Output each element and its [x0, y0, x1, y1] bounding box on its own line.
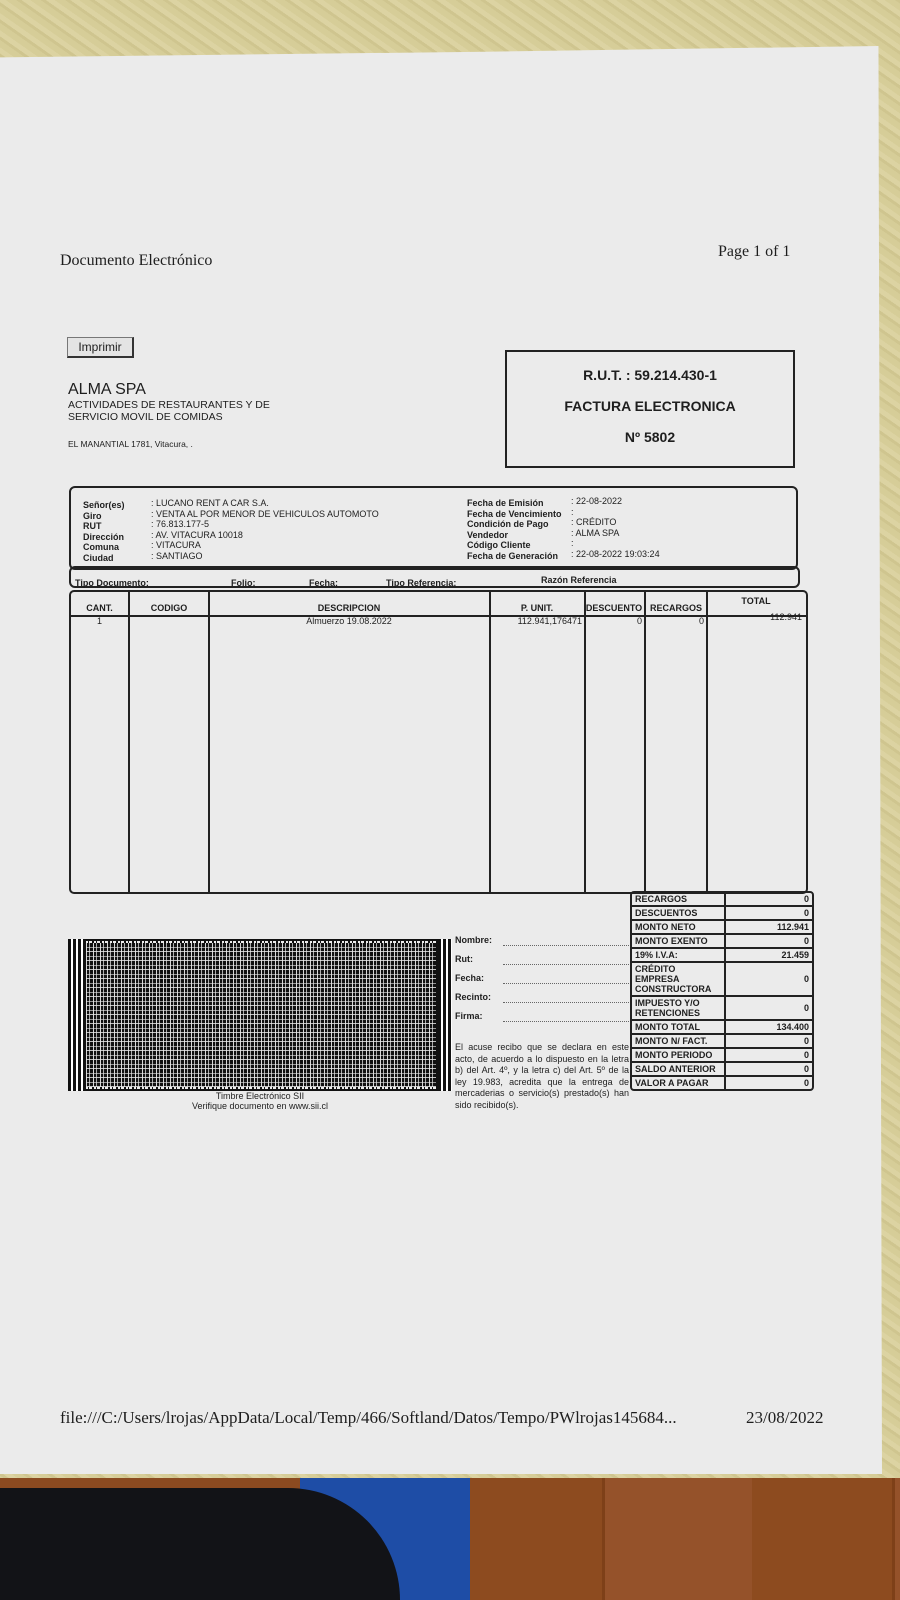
totals-row: MONTO PERIODO0: [632, 1049, 812, 1063]
col-descuento: DESCUENTO: [582, 603, 646, 613]
totals-row: DESCUENTOS0: [632, 907, 812, 921]
meta-field-value: : 22-08-2022 19:03:24: [571, 549, 660, 560]
footer-file-path: file:///C:/Users/lrojas/AppData/Local/Te…: [60, 1408, 677, 1428]
issuer-address: EL MANANTIAL 1781, Vitacura, .: [68, 439, 308, 449]
col-descripcion: DESCRIPCION: [209, 603, 489, 613]
totals-row: CRÉDITO EMPRESA CONSTRUCTORA0: [632, 963, 812, 997]
client-field-label: RUT: [83, 521, 125, 532]
issuer-rut: R.U.T. : 59.214.430-1: [507, 367, 793, 383]
meta-field-label: Fecha de Vencimiento: [467, 509, 562, 520]
client-values: : LUCANO RENT A CAR S.A.: VENTA AL POR M…: [151, 498, 379, 561]
issuer-block: ALMA SPA ACTIVIDADES DE RESTAURANTES Y D…: [68, 381, 308, 449]
item-p-unit: 112.941,176471: [490, 616, 582, 626]
issuer-name: ALMA SPA: [68, 381, 308, 399]
totals-row: MONTO EXENTO0: [632, 935, 812, 949]
totals-row: SALDO ANTERIOR0: [632, 1063, 812, 1077]
client-field-value: : VITACURA: [151, 540, 379, 551]
totals-table: RECARGOS0DESCUENTOS0MONTO NETO112.941MON…: [630, 891, 814, 1091]
document-number: Nº 5802: [507, 429, 793, 445]
acuse-field: Recinto:: [455, 992, 629, 1011]
client-field-value: : 76.813.177-5: [151, 519, 379, 530]
item-recargos: 0: [646, 616, 704, 626]
page-indicator: Page 1 of 1: [718, 243, 790, 261]
meta-field-label: Código Cliente: [467, 540, 562, 551]
col-recargos: RECARGOS: [646, 603, 706, 613]
ref-tipo-documento: Tipo Documento:: [75, 578, 149, 588]
meta-field-value: : ALMA SPA: [571, 528, 660, 539]
ref-folio: Folio:: [231, 578, 256, 588]
client-field-value: : AV. VITACURA 10018: [151, 530, 379, 541]
client-field-label: Ciudad: [83, 553, 125, 564]
document-meta-labels: Fecha de EmisiónFecha de VencimientoCond…: [467, 498, 562, 561]
background-bottom: [0, 1478, 900, 1600]
totals-row: MONTO TOTAL134.400: [632, 1021, 812, 1035]
totals-row: 19% I.V.A:21.459: [632, 949, 812, 963]
meta-field-label: Fecha de Emisión: [467, 498, 562, 509]
ref-razon-referencia: Razón Referencia: [541, 575, 617, 585]
client-field-label: Comuna: [83, 542, 125, 553]
client-field-value: : VENTA AL POR MENOR DE VEHICULOS AUTOMO…: [151, 509, 379, 520]
reference-bar: Tipo Documento: Folio: Fecha: Tipo Refer…: [69, 566, 800, 588]
client-info-box: Señor(es)GiroRUTDirecciónComunaCiudad : …: [69, 486, 798, 570]
meta-field-label: Fecha de Generación: [467, 551, 562, 562]
document-type: FACTURA ELECTRONICA: [507, 398, 793, 414]
document-meta-values: : 22-08-2022:: CRÉDITO: ALMA SPA:: 22-08…: [571, 496, 660, 559]
totals-row: RECARGOS0: [632, 893, 812, 907]
timbre-caption: Timbre Electrónico SII Verifique documen…: [150, 1091, 370, 1111]
client-labels: Señor(es)GiroRUTDirecciónComunaCiudad: [83, 500, 125, 563]
document-header-title: Documento Electrónico: [60, 252, 212, 270]
acuse-field: Firma:: [455, 1011, 629, 1030]
client-field-label: Giro: [83, 511, 125, 522]
col-cant: CANT.: [71, 603, 128, 613]
meta-field-value: : CRÉDITO: [571, 517, 660, 528]
totals-row: MONTO N/ FACT.0: [632, 1035, 812, 1049]
invoice-paper: Documento Electrónico Page 1 of 1 Imprim…: [0, 46, 882, 1474]
verify-link: Verifique documento en www.sii.cl: [150, 1101, 370, 1111]
meta-field-label: Condición de Pago: [467, 519, 562, 530]
item-descuento: 0: [582, 616, 642, 626]
client-field-label: Señor(es): [83, 500, 125, 511]
client-field-label: Dirección: [83, 532, 125, 543]
ref-fecha: Fecha:: [309, 578, 338, 588]
meta-field-label: Vendedor: [467, 530, 562, 541]
client-field-value: : SANTIAGO: [151, 551, 379, 562]
acuse-legal-text: El acuse recibo que se declara en este a…: [455, 1042, 629, 1111]
timbre-electronico-barcode: [68, 939, 452, 1091]
meta-field-value: :: [571, 507, 660, 518]
issuer-activity: ACTIVIDADES DE RESTAURANTES Y DE SERVICI…: [68, 399, 308, 423]
acuse-recibo-block: Nombre:Rut:Fecha:Recinto:Firma: El acuse…: [455, 935, 629, 1111]
client-field-value: : LUCANO RENT A CAR S.A.: [151, 498, 379, 509]
document-id-box: R.U.T. : 59.214.430-1 FACTURA ELECTRONIC…: [505, 350, 795, 468]
footer-date: 23/08/2022: [746, 1408, 823, 1428]
col-total: TOTAL: [708, 596, 804, 606]
totals-row: VALOR A PAGAR0: [632, 1077, 812, 1089]
item-cant: 1: [71, 616, 128, 626]
meta-field-value: :: [571, 538, 660, 549]
acuse-field: Nombre:: [455, 935, 629, 954]
print-button[interactable]: Imprimir: [67, 337, 134, 358]
items-table: CANT. CODIGO DESCRIPCION P. UNIT. DESCUE…: [69, 590, 808, 894]
ref-tipo-referencia: Tipo Referencia:: [386, 578, 456, 588]
acuse-field: Fecha:: [455, 973, 629, 992]
item-descripcion: Almuerzo 19.08.2022: [209, 616, 489, 626]
totals-row: IMPUESTO Y/O RETENCIONES0: [632, 997, 812, 1021]
col-p-unit: P. UNIT.: [490, 603, 584, 613]
totals-row: MONTO NETO112.941: [632, 921, 812, 935]
meta-field-value: : 22-08-2022: [571, 496, 660, 507]
acuse-field: Rut:: [455, 954, 629, 973]
col-codigo: CODIGO: [129, 603, 209, 613]
item-total: 112.941: [708, 612, 802, 622]
